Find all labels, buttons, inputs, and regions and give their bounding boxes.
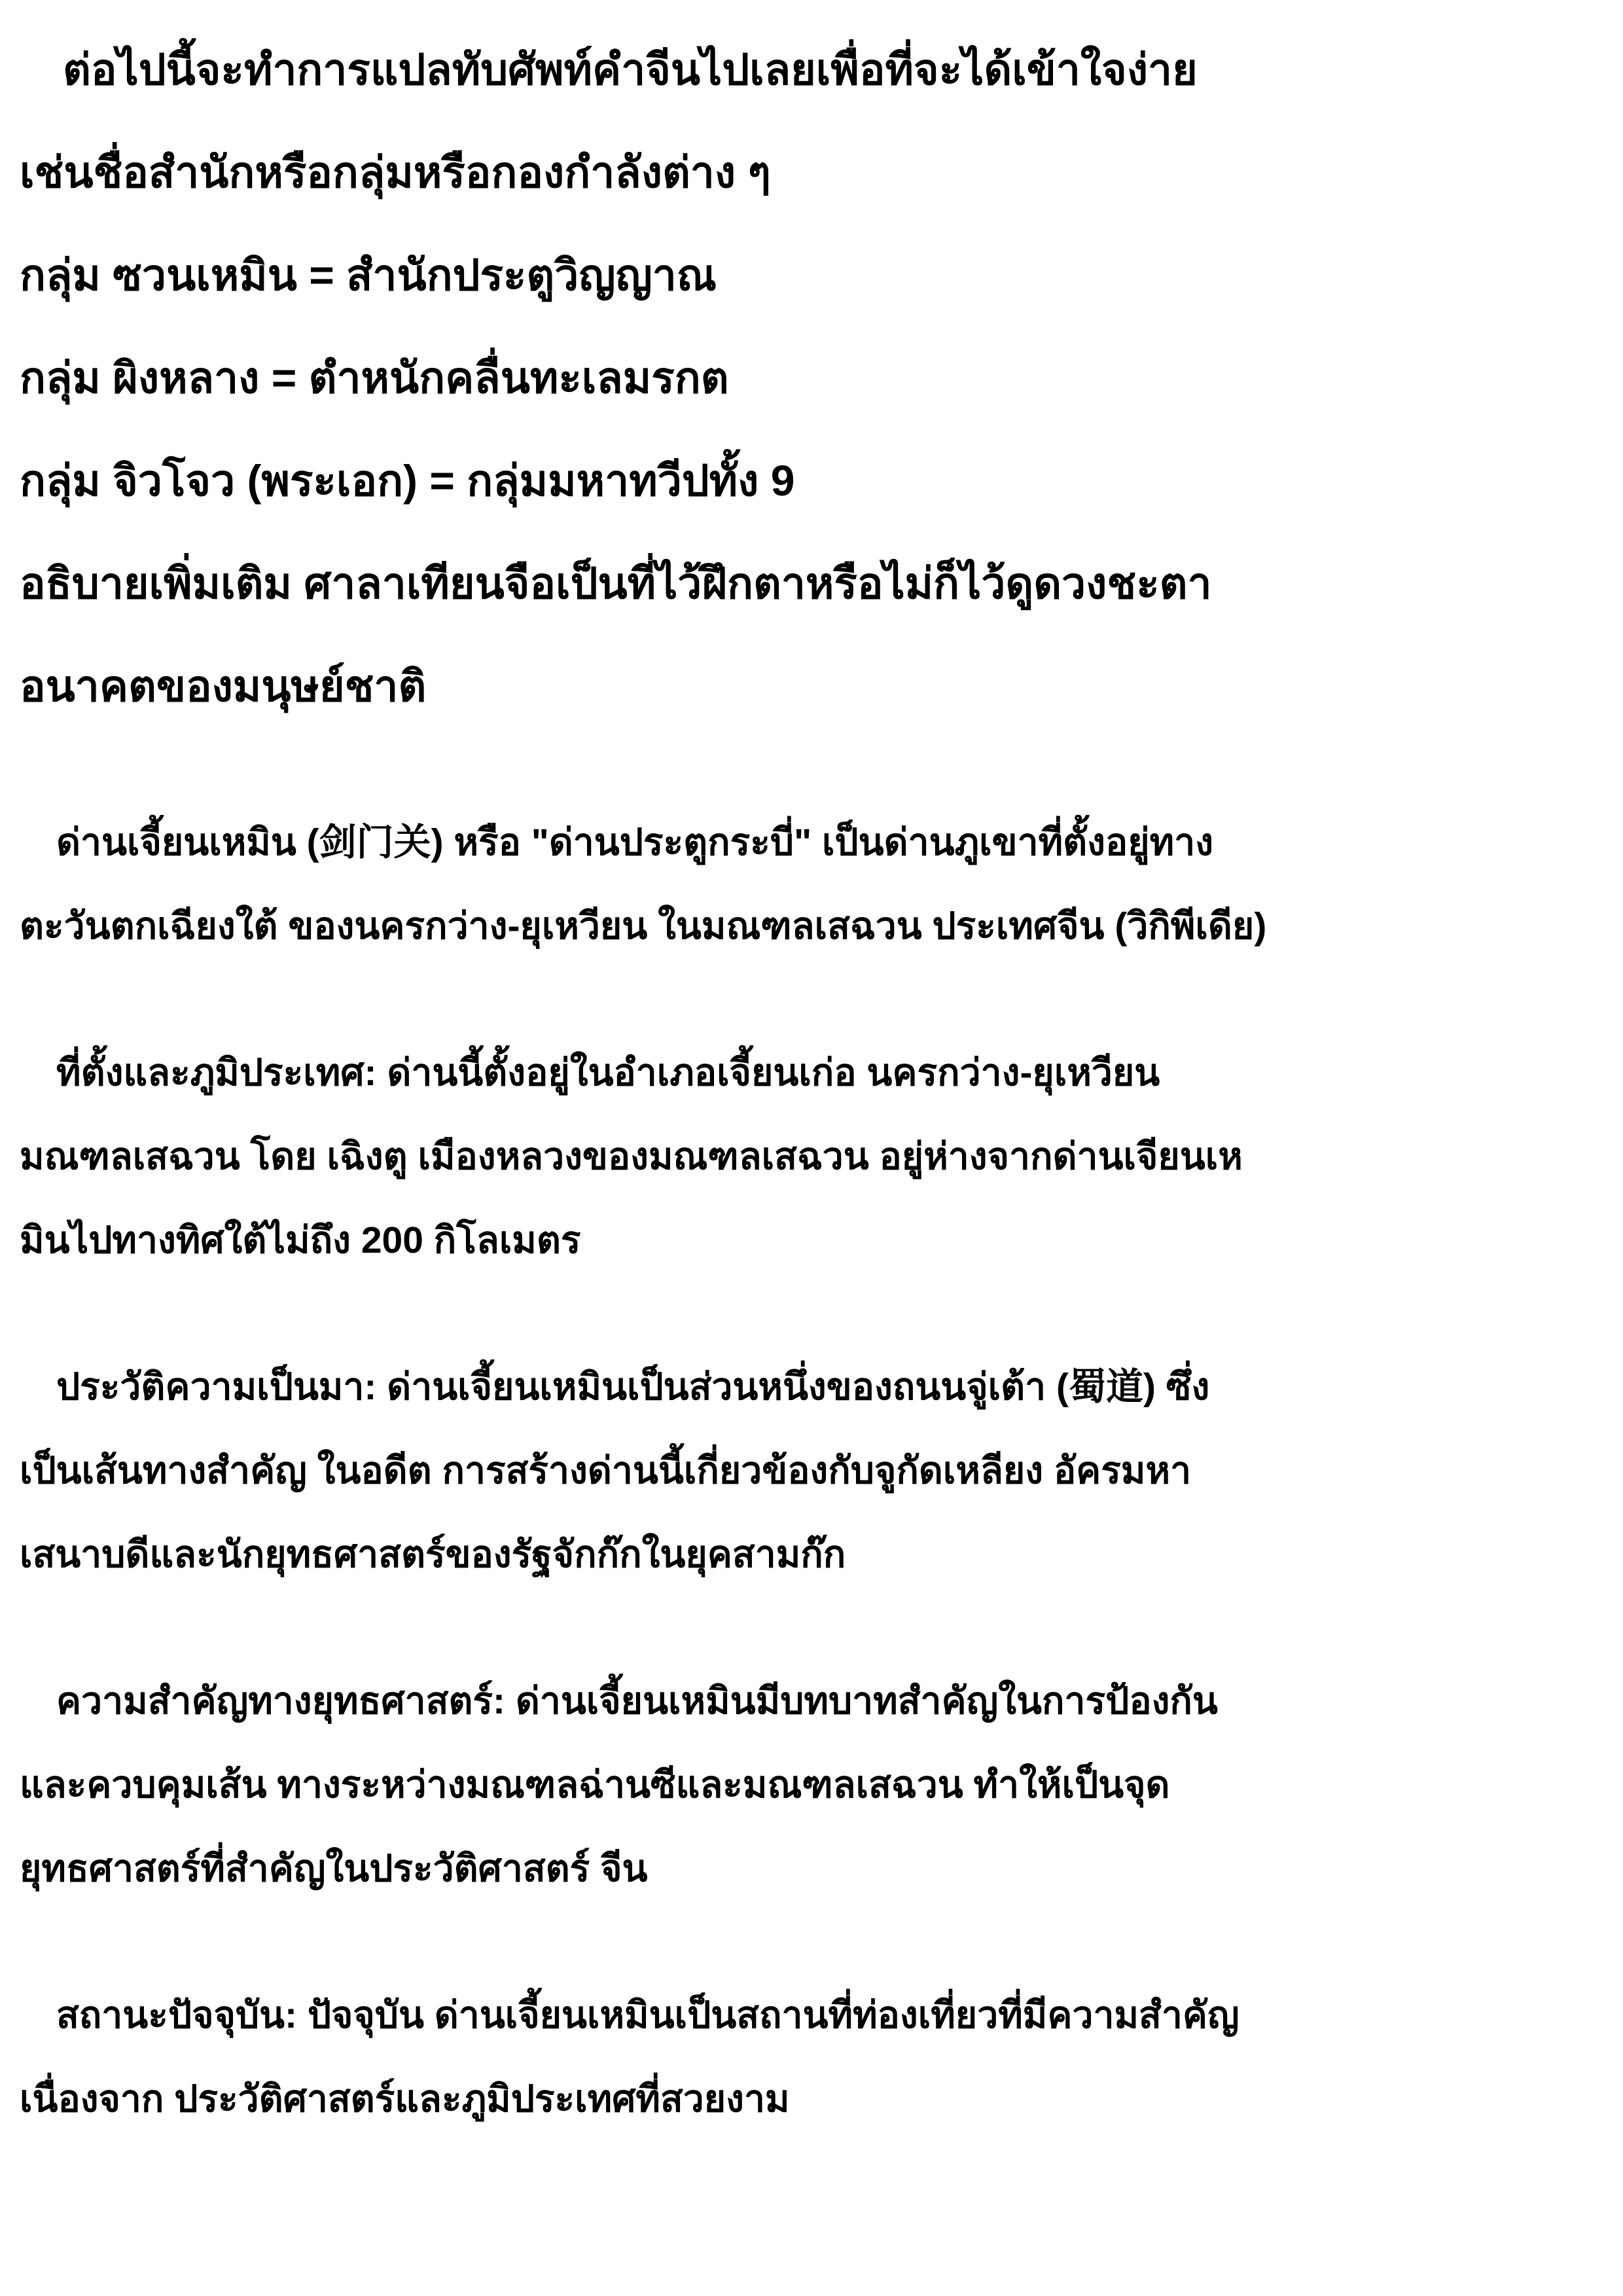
paragraph-jianmen-overview: ด่านเจี้ยนเหมิน (剑门关) หรือ "ด่านประตูกระ…	[20, 800, 1610, 968]
intro-section: ต่อไปนี้จะทำการแปลทับศัพท์คำจีนไปเลยเพื่…	[20, 18, 1610, 738]
intro-line: เช่นชื่อสำนักหรือกลุ่มหรือกองกำลังต่าง ๆ	[20, 121, 1610, 224]
paragraph-line: และควบคุมเส้น ทางระหว่างมณฑลฉ่านซีและมณฑ…	[20, 1743, 1610, 1827]
paragraph-current-status: สถานะปัจจุบัน: ปัจจุบัน ด่านเจี้ยนเหมินเ…	[20, 1973, 1610, 2141]
paragraph-line: สถานะปัจจุบัน: ปัจจุบัน ด่านเจี้ยนเหมินเ…	[20, 1973, 1610, 2057]
paragraph-line: มณฑลเสฉวน โดย เฉิงตู เมืองหลวงของมณฑลเสฉ…	[20, 1115, 1610, 1198]
paragraph-line: ประวัติความเป็นมา: ด่านเจี้ยนเหมินเป็นส่…	[20, 1345, 1610, 1429]
paragraph-line: เป็นเส้นทางสำคัญ ในอดีต การสร้างด่านนี้เ…	[20, 1429, 1610, 1513]
paragraph-line: ความสำคัญทางยุทธศาสตร์: ด่านเจี้ยนเหมินม…	[20, 1659, 1610, 1743]
intro-line-group-pinglang: กลุ่ม ผิงหลาง = ตำหนักคลื่นทะเลมรกต	[20, 327, 1610, 429]
paragraph-strategic-importance: ความสำคัญทางยุทธศาสตร์: ด่านเจี้ยนเหมินม…	[20, 1659, 1610, 1910]
intro-line-note-cont: อนาคตของมนุษย์ชาติ	[20, 635, 1610, 738]
intro-line-group-xuanmen: กลุ่ม ซวนเหมิน = สำนักประตูวิญญาณ	[20, 224, 1610, 327]
paragraph-history: ประวัติความเป็นมา: ด่านเจี้ยนเหมินเป็นส่…	[20, 1345, 1610, 1596]
paragraph-line: ที่ตั้งและภูมิประเทศ: ด่านนี้ตั้งอยู่ในอ…	[20, 1031, 1610, 1115]
intro-line-group-jiuzhou: กลุ่ม จิวโจว (พระเอก) = กลุ่มมหาทวีปทั้ง…	[20, 429, 1610, 532]
paragraph-line: ด่านเจี้ยนเหมิน (剑门关) หรือ "ด่านประตูกระ…	[20, 800, 1610, 884]
paragraph-line: ยุทธศาสตร์ที่สำคัญในประวัติศาสตร์ จีน	[20, 1827, 1610, 1910]
paragraph-line: เสนาบดีและนักยุทธศาสตร์ของรัฐจักก๊กในยุค…	[20, 1513, 1610, 1596]
intro-line: ต่อไปนี้จะทำการแปลทับศัพท์คำจีนไปเลยเพื่…	[20, 18, 1610, 121]
paragraph-line: เนื่องจาก ประวัติศาสตร์และภูมิประเทศที่ส…	[20, 2057, 1610, 2141]
paragraph-location-terrain: ที่ตั้งและภูมิประเทศ: ด่านนี้ตั้งอยู่ในอ…	[20, 1031, 1610, 1282]
intro-line-note: อธิบายเพิ่มเติม ศาลาเทียนจือเป็นที่ไว้ฝึ…	[20, 532, 1610, 635]
paragraph-line: มินไปทางทิศใต้ไม่ถึง 200 กิโลเมตร	[20, 1198, 1610, 1282]
document-page: ต่อไปนี้จะทำการแปลทับศัพท์คำจีนไปเลยเพื่…	[0, 0, 1623, 2296]
paragraph-line: ตะวันตกเฉียงใต้ ของนครกว่าง-ยุเหวียน ในม…	[20, 884, 1610, 968]
